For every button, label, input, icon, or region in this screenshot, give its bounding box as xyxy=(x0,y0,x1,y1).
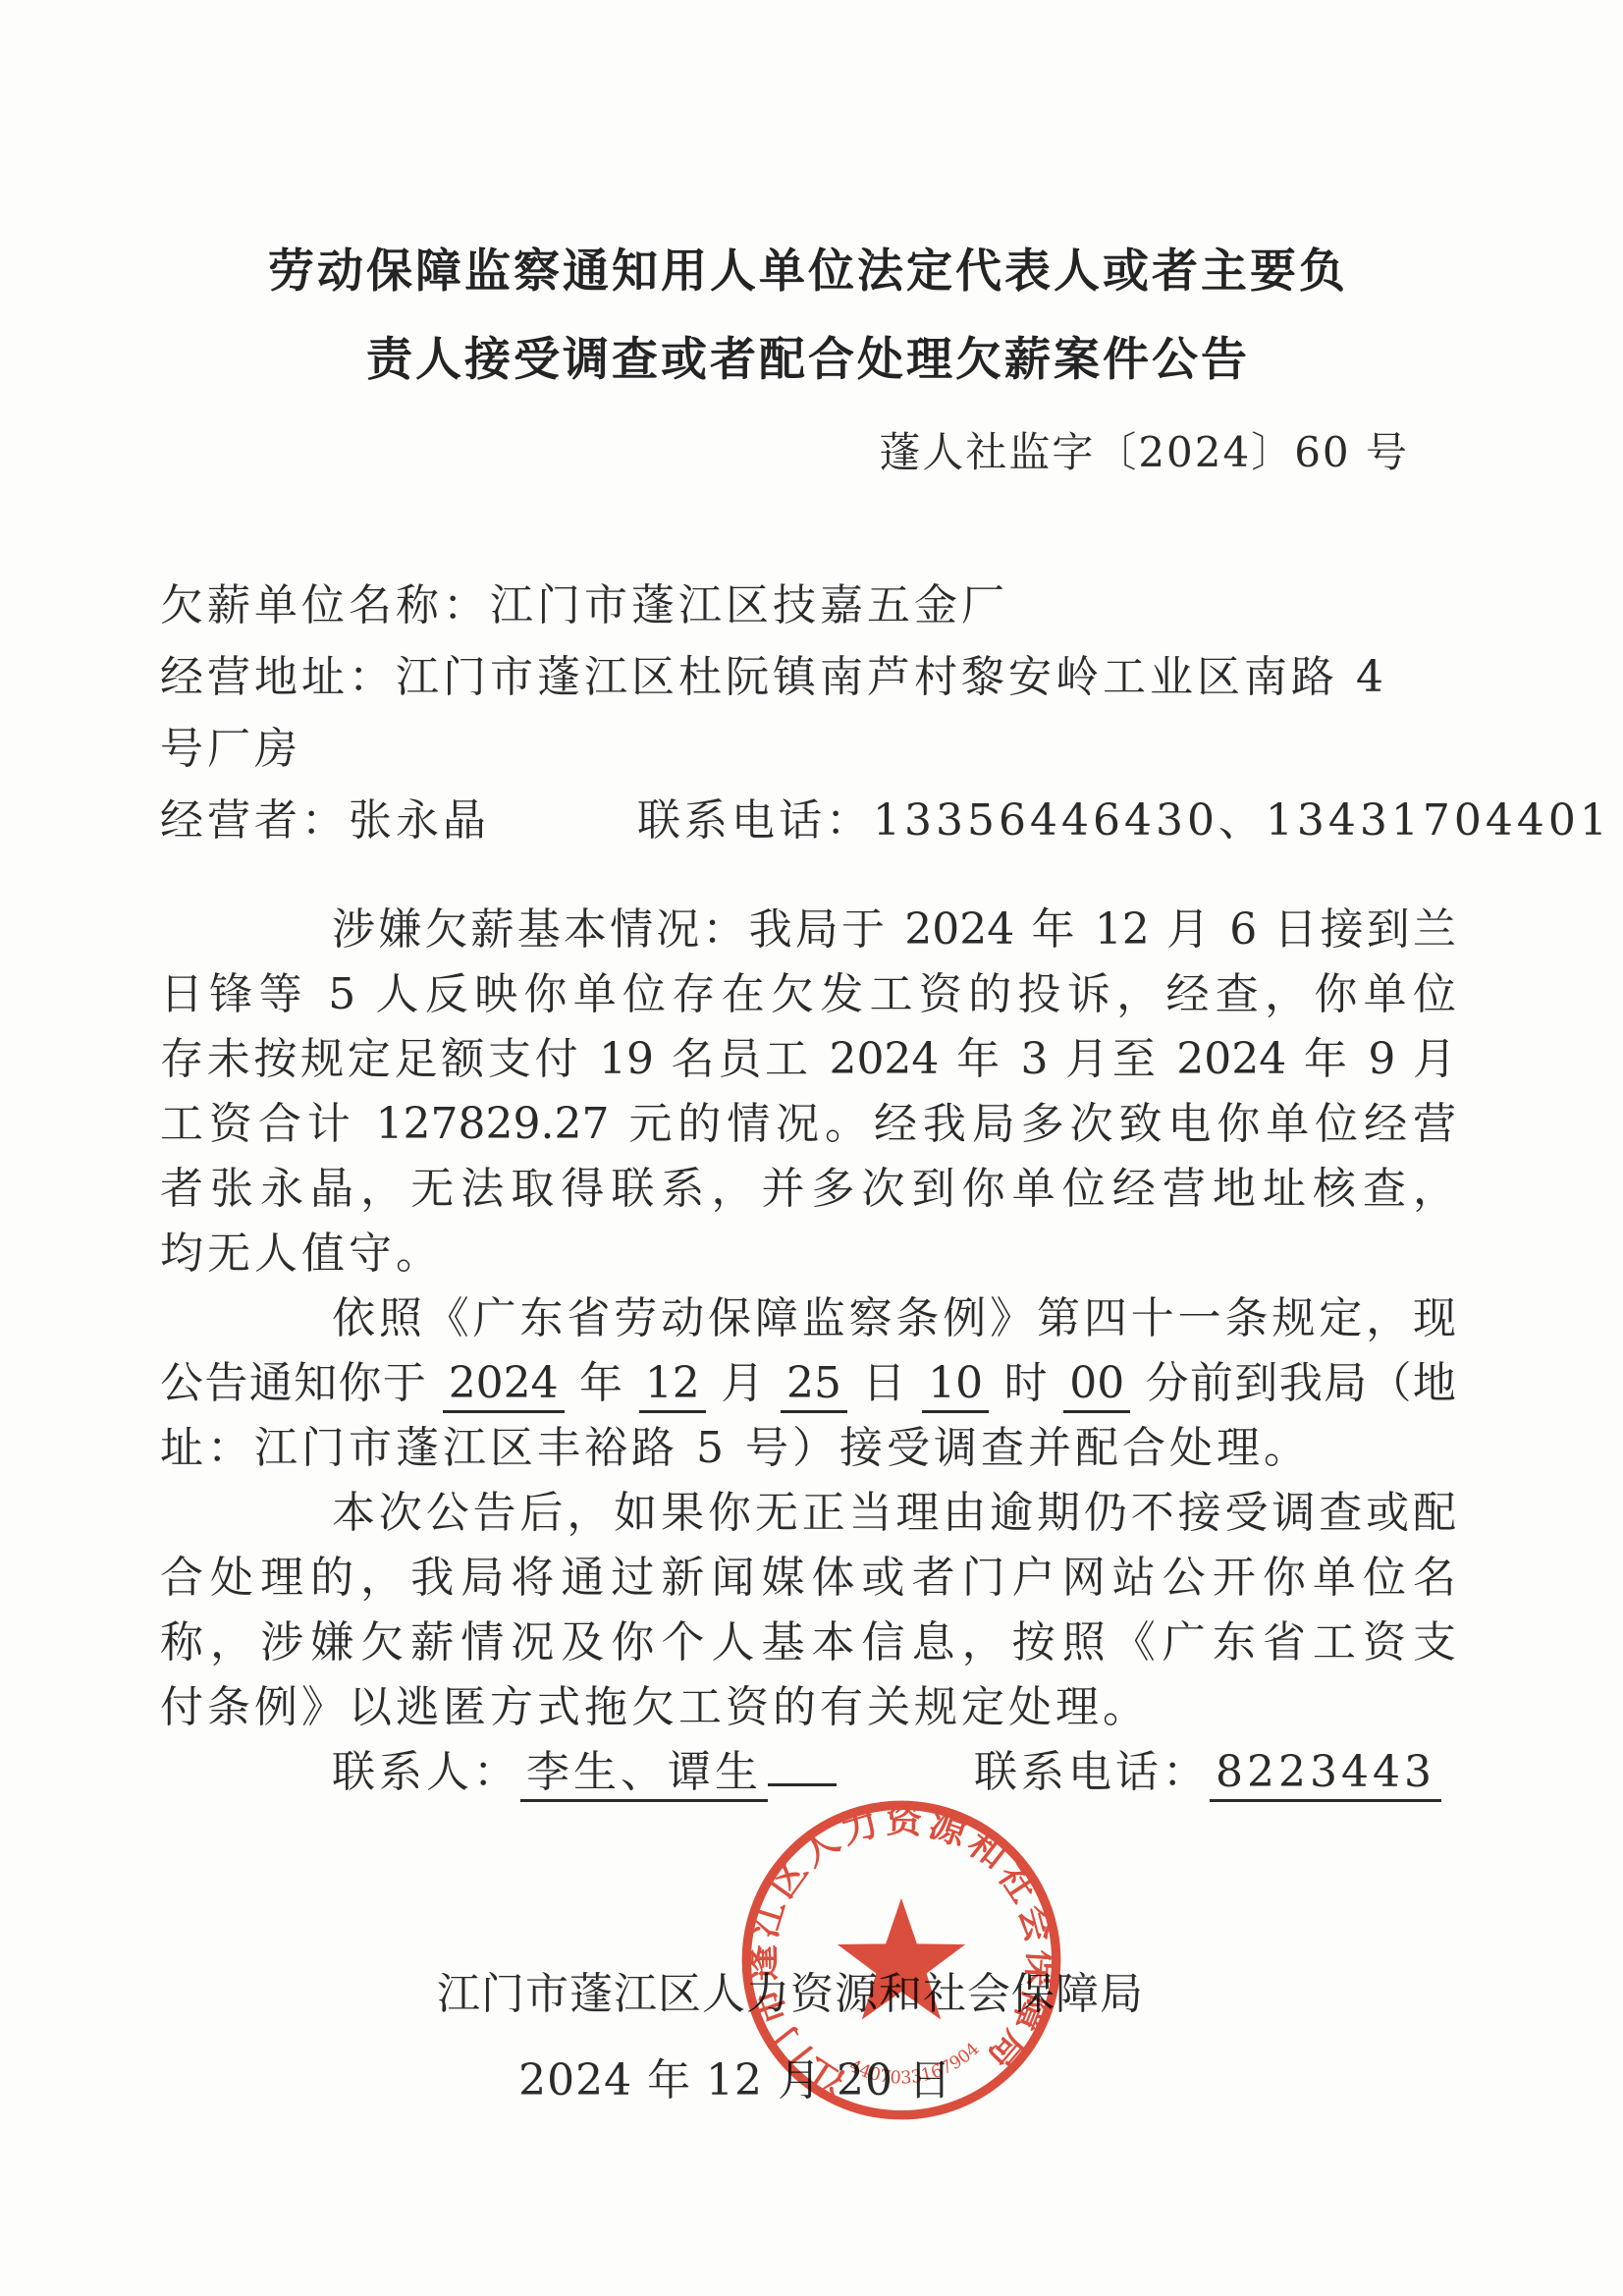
official-seal: 江门市蓬江区人力资源和社会保障局 4407033167904 xyxy=(738,1797,1064,2123)
address-line-1: 经营地址：江门市蓬江区杜阮镇南芦村黎安岭工业区南路 4 xyxy=(160,641,1456,713)
star-icon xyxy=(838,1898,965,2020)
operator-phone-numbers: 13356446430、13431704401 xyxy=(873,795,1611,846)
para1-line2: 日锋等 5 人反映你单位存在欠发工资的投诉，经查，你单位 xyxy=(160,962,1456,1027)
unit-name-line: 欠薪单位名称：江门市蓬江区技嘉五金厂 xyxy=(160,570,1456,641)
para1-line1: 涉嫌欠薪基本情况：我局于 2024 年 12 月 6 日接到兰 xyxy=(160,898,1456,962)
deadline-year: 2024 xyxy=(443,1358,565,1413)
contact-person-names: 李生、谭生 xyxy=(520,1747,768,1802)
para3-line1: 本次公告后，如果你无正当理由逾期仍不接受调查或配 xyxy=(160,1481,1456,1546)
deadline-prefix: 公告通知你于 xyxy=(160,1358,427,1408)
operator-line: 经营者：张永晶联系电话：13356446430、13431704401 xyxy=(160,785,1456,856)
deadline-minute: 00 xyxy=(1063,1358,1130,1413)
document-number: 蓬人社监字〔2024〕60 号 xyxy=(160,420,1456,479)
deadline-hour: 10 xyxy=(922,1358,989,1413)
body-text: 涉嫌欠薪基本情况：我局于 2024 年 12 月 6 日接到兰 日锋等 5 人反… xyxy=(160,898,1456,1805)
deadline-suffix: 分前到我局（地 xyxy=(1146,1358,1456,1408)
deadline-sep-month: 月 xyxy=(721,1358,765,1408)
document-title-line-2: 责人接受调查或者配合处理欠薪案件公告 xyxy=(160,316,1456,405)
para1-line4: 工资合计 127829.27 元的情况。经我局多次致电你单位经营 xyxy=(160,1092,1456,1157)
para1-line3: 存未按规定足额支付 19 名员工 2024 年 3 月至 2024 年 9 月 xyxy=(160,1027,1456,1092)
contact-phone-number: 8223443 xyxy=(1210,1747,1441,1802)
deadline-sep-year: 年 xyxy=(579,1358,623,1408)
deadline-sep-day: 日 xyxy=(862,1358,906,1408)
deadline-day: 25 xyxy=(781,1358,847,1413)
contact-line: 联系人：李生、谭生联系电话：8223443 xyxy=(160,1740,1456,1805)
contact-underline-extension xyxy=(768,1744,837,1786)
contact-phone-label: 联系电话： xyxy=(974,1747,1210,1797)
address-line-2: 号厂房 xyxy=(160,713,1456,785)
para1-line5: 者张永晶，无法取得联系，并多次到你单位经营地址核查， xyxy=(160,1157,1456,1222)
para2-line2: 公告通知你于 2024 年 12 月 25 日 10 时 00 分前到我局（地 xyxy=(160,1351,1456,1416)
para3-line4: 付条例》以逃匿方式拖欠工资的有关规定处理。 xyxy=(160,1675,1456,1740)
operator-phone-label: 联系电话： xyxy=(637,795,873,846)
para3-line3: 称，涉嫌欠薪情况及你个人基本信息，按照《广东省工资支 xyxy=(160,1611,1456,1675)
deadline-sep-hour: 时 xyxy=(1003,1358,1048,1408)
contact-person-label: 联系人： xyxy=(332,1747,520,1797)
para2-line1: 依照《广东省劳动保障监察条例》第四十一条规定，现 xyxy=(160,1286,1456,1351)
deadline-month: 12 xyxy=(639,1358,706,1413)
notice-document-page: 劳动保障监察通知用人单位法定代表人或者主要负 责人接受调查或者配合处理欠薪案件公… xyxy=(0,0,1623,2296)
para2-line3: 址：江门市蓬江区丰裕路 5 号）接受调查并配合处理。 xyxy=(160,1416,1456,1481)
operator-name: 张永晶 xyxy=(349,795,490,846)
seal-serial-number: 4407033167904 xyxy=(845,2040,983,2089)
para3-line2: 合处理的，我局将通过新闻媒体或者门户网站公开你单位名 xyxy=(160,1546,1456,1611)
unit-info-block: 欠薪单位名称：江门市蓬江区技嘉五金厂 经营地址：江门市蓬江区杜阮镇南芦村黎安岭工… xyxy=(160,570,1456,856)
operator-label: 经营者： xyxy=(160,795,349,846)
document-title-line-1: 劳动保障监察通知用人单位法定代表人或者主要负 xyxy=(160,228,1456,316)
svg-text:4407033167904: 4407033167904 xyxy=(845,2040,983,2089)
document-title: 劳动保障监察通知用人单位法定代表人或者主要负 责人接受调查或者配合处理欠薪案件公… xyxy=(160,228,1456,405)
para1-line6: 均无人值守。 xyxy=(160,1222,1456,1286)
